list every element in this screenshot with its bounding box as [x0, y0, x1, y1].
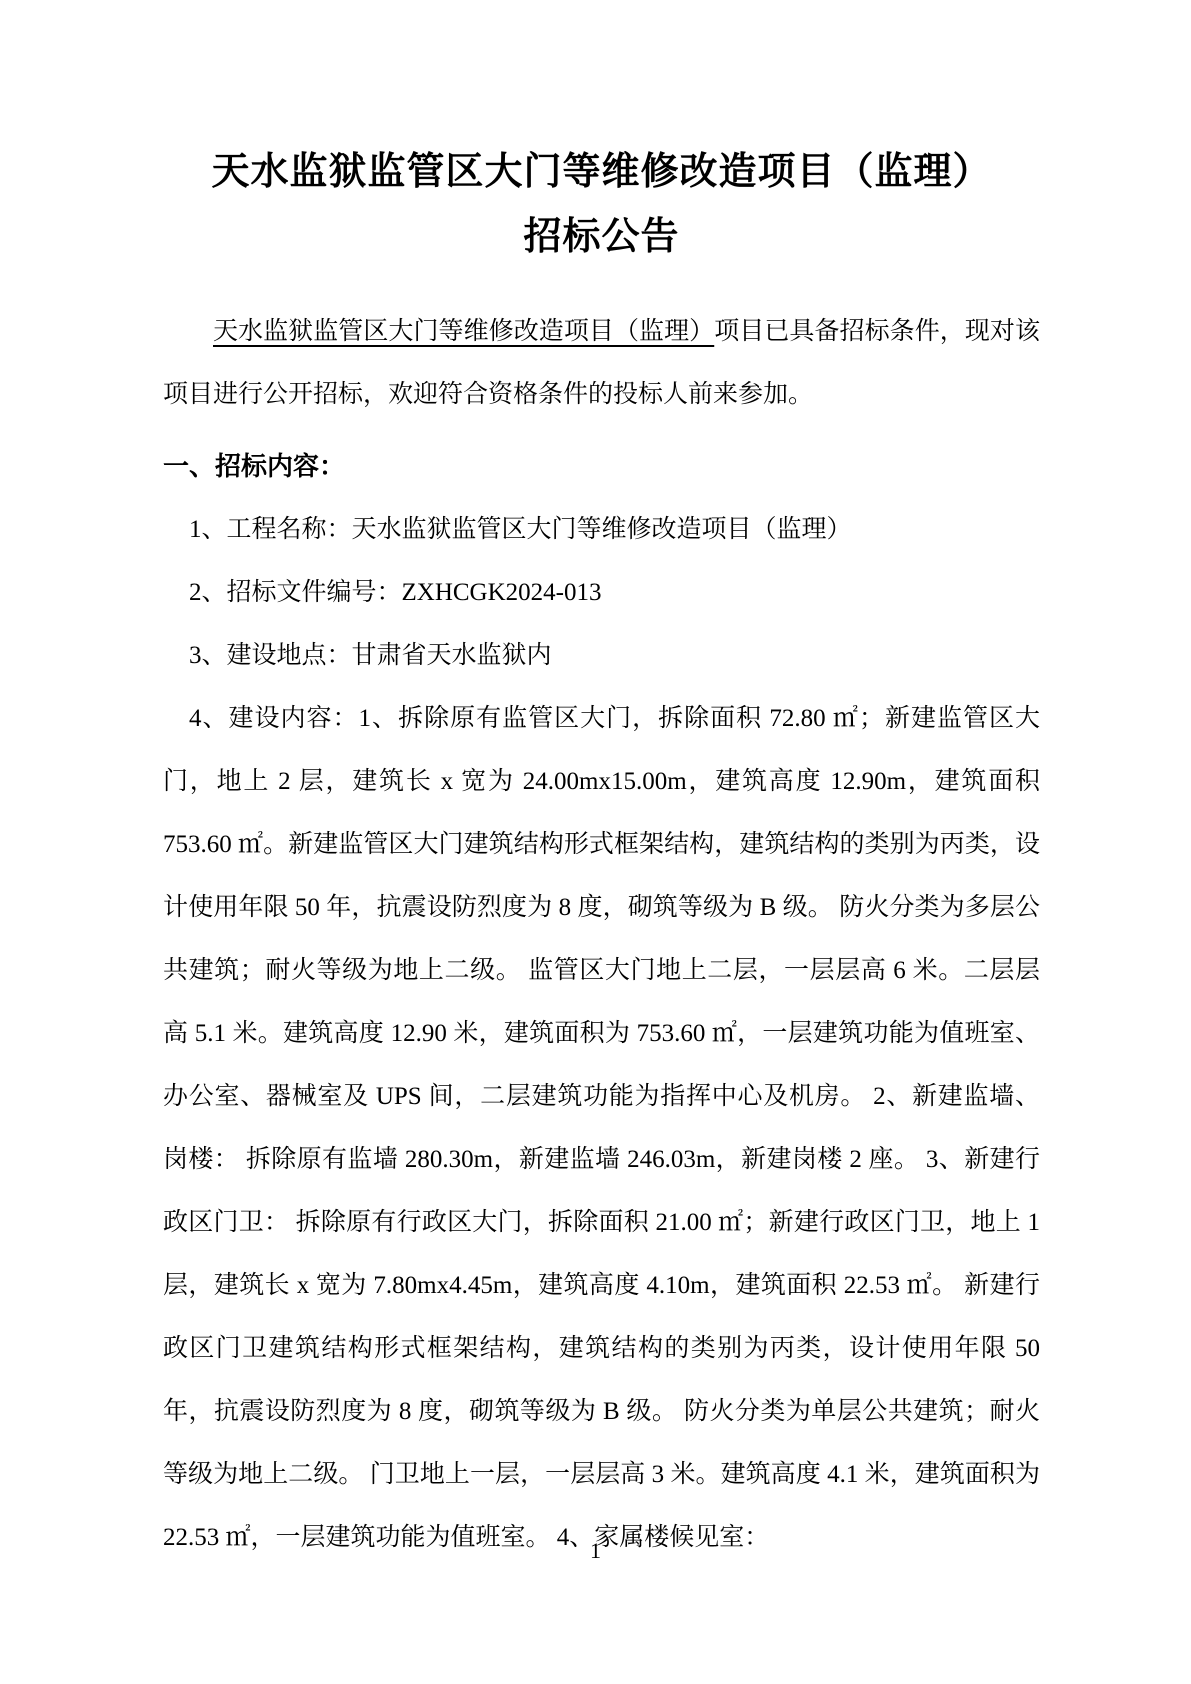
section-heading-bid-content: 一、招标内容： [163, 435, 1040, 498]
document-content: 天水监狱监管区大门等维修改造项目（监理） 招标公告 天水监狱监管区大门等维修改造… [163, 0, 1040, 1569]
item-project-name: 1、工程名称：天水监狱监管区大门等维修改造项目（监理） [163, 498, 1040, 561]
item-bid-document-number: 2、招标文件编号：ZXHCGK2024-013 [163, 561, 1040, 624]
document-page: 天水监狱监管区大门等维修改造项目（监理） 招标公告 天水监狱监管区大门等维修改造… [0, 0, 1191, 1684]
intro-paragraph: 天水监狱监管区大门等维修改造项目（监理）项目已具备招标条件，现对该项目进行公开招… [163, 300, 1040, 426]
document-body: 天水监狱监管区大门等维修改造项目（监理）项目已具备招标条件，现对该项目进行公开招… [163, 300, 1040, 1569]
intro-project-name-underlined: 天水监狱监管区大门等维修改造项目（监理） [213, 318, 714, 345]
page-number: 1 [0, 1536, 1191, 1566]
document-title-line1: 天水监狱监管区大门等维修改造项目（监理） [163, 140, 1040, 205]
item-construction-site: 3、建设地点：甘肃省天水监狱内 [163, 624, 1040, 687]
document-title: 天水监狱监管区大门等维修改造项目（监理） 招标公告 [163, 0, 1040, 270]
item-construction-content: 4、建设内容：1、拆除原有监管区大门，拆除面积 72.80 ㎡；新建监管区大门，… [163, 687, 1040, 1569]
document-title-line2: 招标公告 [163, 205, 1040, 270]
